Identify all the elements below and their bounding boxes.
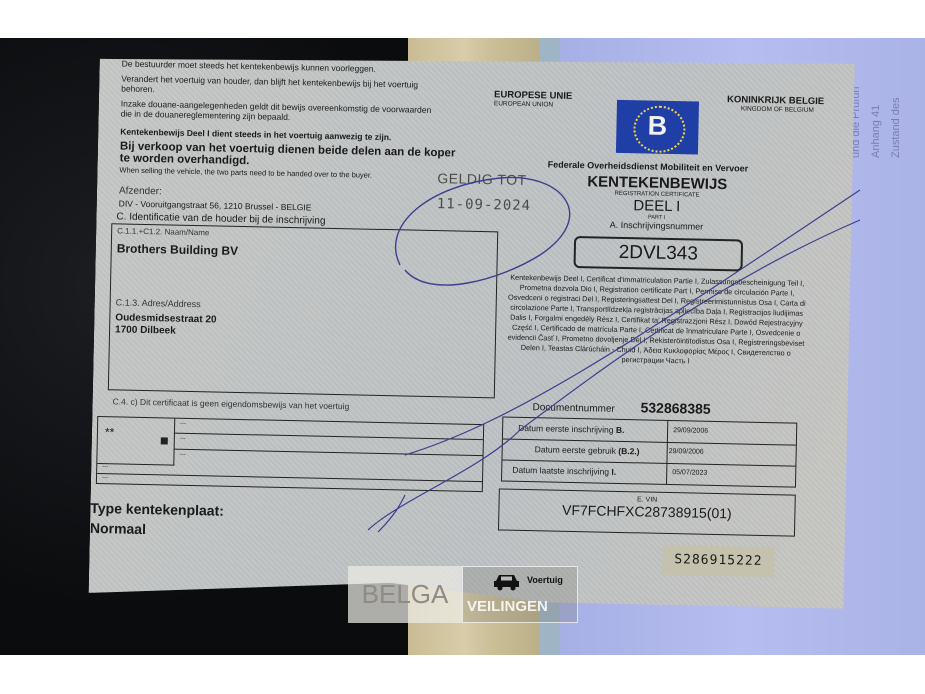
c4-line: --- (179, 452, 185, 458)
belga-watermark: BELGA Voertuig VEILINGEN (348, 566, 578, 623)
background-paper-text: Zustand des (890, 97, 902, 158)
watermark-vehicle-label: Voertuig (527, 575, 563, 585)
multilingual-title: Kentekenbewijs Deel I, Certificat d'imma… (506, 273, 808, 369)
address-line1: Oudesmidsestraat 20 (115, 312, 216, 325)
car-icon (493, 573, 520, 591)
background-paper-text: Anhang 41 (870, 105, 882, 158)
date-row-label: Datum eerste gebruik (B.2.) (535, 444, 640, 456)
registration-number: 2DVL343 (573, 236, 743, 272)
vin-box: E. VIN VF7FCHFXC28738915(01) (498, 488, 796, 536)
sender-label: Afzender: (119, 185, 162, 197)
c4-line: --- (180, 436, 186, 442)
stamp-date: 11-09-2024 (437, 196, 532, 214)
c4-stars: ** (105, 425, 115, 439)
date-row-label: Datum laatste inschrijving I. (512, 465, 616, 477)
watermark-sub: VEILINGEN (467, 598, 548, 615)
holder-name: Brothers Building BV (117, 241, 239, 258)
c4-stars-cell: ** (97, 417, 175, 466)
docnum-label: Documentnummer (532, 402, 614, 415)
watermark-brand: BELGA (348, 566, 462, 623)
validity-stamp: GELDIG TOT 11-09-2024 (437, 170, 532, 214)
registration-certificate: De bestuurder moet steeds het kentekenbe… (89, 48, 855, 609)
kingdom-label-en: KINGDOM OF BELGIUM (741, 105, 814, 114)
stamp-label: GELDIG TOT (437, 170, 532, 188)
square-mark-icon (161, 437, 168, 444)
c4-box: ** --- --- --- --- --- (96, 416, 484, 492)
c4-line: --- (102, 475, 108, 481)
flag-letter: B (616, 110, 699, 143)
name-label: C.1.1.+C1.2. Naam/Name (117, 226, 209, 237)
date-row-value: 29/09/2006 (673, 427, 708, 435)
doc-header: KENTEKENBEWIJS REGISTRATION CERTIFICATE … (561, 173, 752, 233)
serial-number: S286915222 (662, 545, 775, 577)
plate-type-label: Type kentekenplaat: (90, 500, 224, 519)
c4-line: --- (102, 464, 108, 470)
c4-line: --- (180, 421, 186, 427)
address-line2: 1700 Dilbeek (115, 324, 176, 336)
dates-table: Datum eerste inschrijving B. 29/09/2006 … (501, 417, 797, 488)
date-row-value: 05/07/2023 (672, 469, 707, 477)
holder-box: C.1.1.+C1.2. Naam/Name Brothers Building… (108, 223, 498, 398)
eu-label-en: EUROPEAN UNION (494, 100, 553, 108)
docnum-value: 532868385 (640, 399, 710, 416)
plate-type-value: Normaal (90, 520, 146, 537)
address-label: C.1.3. Adres/Address (116, 297, 201, 309)
date-row-label: Datum eerste inschrijving B. (518, 423, 624, 435)
date-row-value: 29/09/2006 (669, 448, 704, 456)
watermark-veilingen: Voertuig VEILINGEN (462, 566, 578, 623)
eu-flag: B (616, 100, 699, 155)
